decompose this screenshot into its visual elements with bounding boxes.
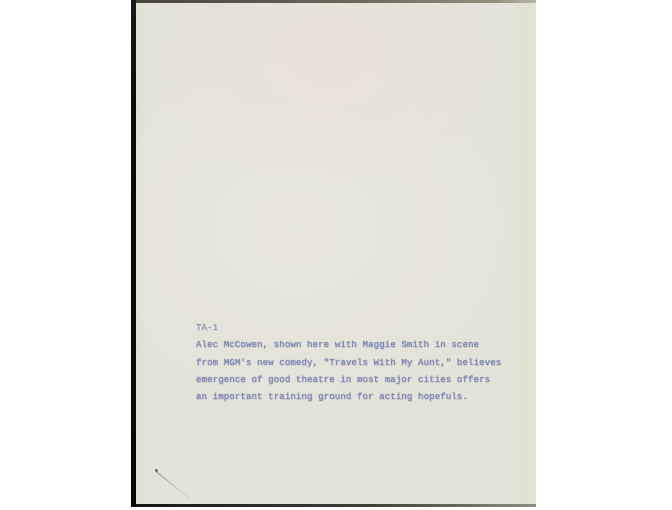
caption-line-2: from MGM's new comedy, "Travels With My …: [196, 355, 516, 372]
caption-slug: TA-1: [196, 320, 516, 337]
photo-top-edge: [136, 0, 536, 3]
scanned-photo-page: TA-1 Alec McCowen, shown here with Maggi…: [0, 0, 672, 510]
typewritten-caption: TA-1 Alec McCowen, shown here with Maggi…: [196, 320, 516, 406]
caption-line-4: an important training ground for acting …: [196, 389, 516, 406]
caption-line-1: Alec McCowen, shown here with Maggie Smi…: [196, 337, 516, 354]
caption-line-3: emergence of good theatre in most major …: [196, 372, 516, 389]
photo-paper-sheet: [136, 0, 536, 507]
photo-bottom-edge: [131, 504, 536, 507]
